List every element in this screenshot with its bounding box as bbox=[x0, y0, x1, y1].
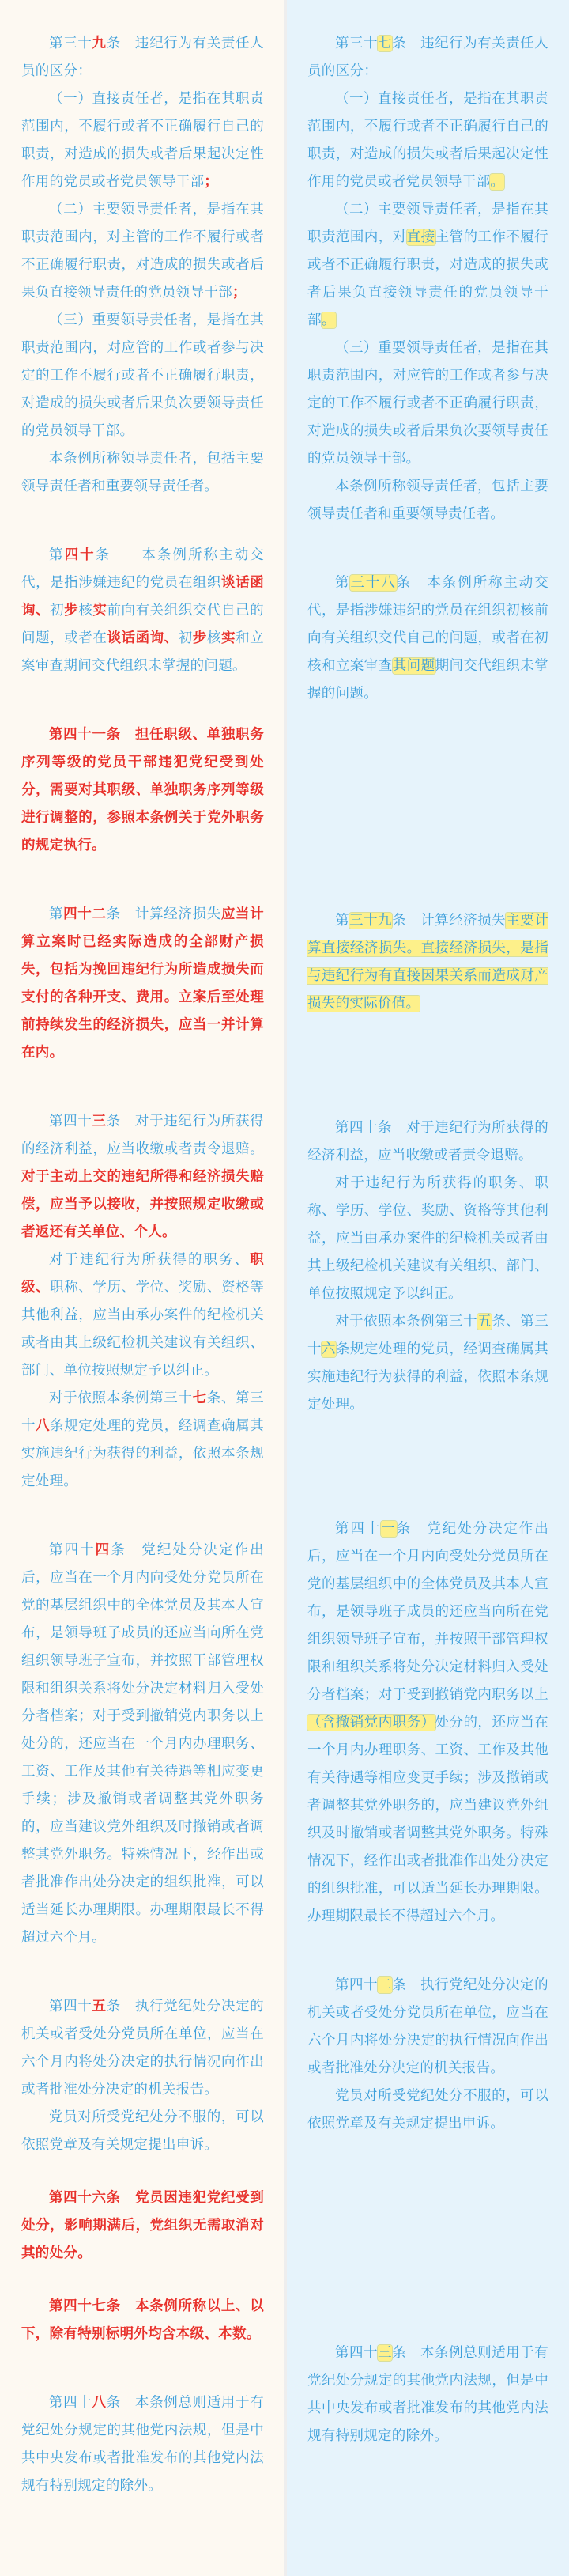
text: 条规定处理的党员，经调查确属其实施违纪行为获得的利益，依照本条规定处理。 bbox=[307, 1341, 548, 1413]
text: 第 bbox=[49, 547, 65, 563]
text: 职称、学历、学位、奖励、资格等其他利益，应当由承办案件的纪检机关或者由其上级纪检… bbox=[21, 1280, 264, 1379]
highlighted-number: 五 bbox=[477, 1314, 492, 1330]
text: 第四十 bbox=[49, 2395, 92, 2411]
article-48-new: 第四十八条 本条例总则适用于有党纪处分规定的其他党内法规，但是中共中央发布或者批… bbox=[21, 2389, 264, 2500]
text: 第四十 bbox=[335, 1521, 381, 1537]
article-42-new: 第四十二条 计算经济损失应当计算立案时已经实际造成的全部财产损失，包括为挽回违纪… bbox=[21, 901, 264, 1067]
article-39-heading: 第三十九条 违纪行为有关责任人员的区分： bbox=[21, 30, 264, 85]
text: 第四十 bbox=[49, 1999, 92, 2014]
article-43-old: 第四十三条 本条例总则适用于有党纪处分规定的其他党内法规，但是中共中央发布或者批… bbox=[307, 2340, 548, 2450]
changed-number: 七 bbox=[193, 1390, 207, 1406]
article-45-new: 第四十五条 执行党纪处分决定的机关或者受处分党员所在单位，应当在六个月内将处分决… bbox=[21, 1993, 264, 2159]
text: 第 bbox=[335, 575, 350, 591]
clause-2: （二）主要领导责任者，是指在其职责范围内，对直接主管的工作不履行或者不正确履行职… bbox=[307, 196, 548, 335]
article-42-text: 第四十二条 计算经济损失应当计算立案时已经实际造成的全部财产损失，包括为挽回违纪… bbox=[21, 901, 264, 1067]
text: （一）直接责任者，是指在其职责范围内，不履行或者不正确履行自己的职责，对造成的损… bbox=[21, 91, 264, 190]
article-42-old: 第四十二条 执行党纪处分决定的机关或者受处分党员所在单位，应当在六个月内将处分决… bbox=[307, 1972, 548, 2138]
clause-2: （二）主要领导责任者，是指在其职责范围内，对主管的工作不履行或者不正确履行职责，… bbox=[21, 196, 264, 307]
text: （二）主要领导责任者，是指在其职责范围内，对主管的工作不履行或者不正确履行职责，… bbox=[21, 202, 264, 301]
highlighted-number: 三 bbox=[378, 2345, 392, 2361]
text: 初 bbox=[179, 630, 193, 646]
clause-note: 本条例所称领导责任者，包括主要领导责任者和重要领导责任者。 bbox=[307, 473, 548, 528]
highlighted-number: 二 bbox=[378, 1977, 392, 1993]
paragraph: 党员对所受党纪处分不服的，可以依照党章及有关规定提出申诉。 bbox=[21, 2104, 264, 2159]
text: 第四十 bbox=[335, 2345, 378, 2361]
text: 第 bbox=[49, 906, 63, 922]
removed-text: 直接 bbox=[407, 229, 435, 245]
paragraph: 第三十九条 计算经济损失主要计算直接经济损失。直接经济损失，是指与违纪行为有直接… bbox=[307, 907, 548, 1018]
added-article: 第四十六条 党员因违犯党纪受到处分，影响期满后，党组织无需取消对其的处分。 bbox=[21, 2184, 264, 2268]
article-37-heading: 第三十七条 违纪行为有关责任人员的区分： bbox=[307, 30, 548, 85]
text: 条规定处理的党员，经调查确属其实施违纪行为获得的利益，依照本条规定处理。 bbox=[21, 1418, 264, 1489]
article-44-new: 第四十四条 党纪处分决定作出后，应当在一个月内向受处分党员所在党的基层组织中的全… bbox=[21, 1537, 264, 1952]
paragraph: 对于违纪行为所获得的职务、职称、学历、学位、奖励、资格等其他利益，应当由承办案件… bbox=[307, 1170, 548, 1308]
changed-number: 八 bbox=[36, 1418, 50, 1434]
added-text: 对于主动上交的违纪所得和经济损失赔偿，应当予以接收，并按照规定收缴或者返还有关单… bbox=[21, 1169, 264, 1240]
new-version-column: 第三十九条 违纪行为有关责任人员的区分： （一）直接责任者，是指在其职责范围内，… bbox=[0, 0, 284, 2576]
article-46-new: 第四十六条 党员因违犯党纪受到处分，影响期满后，党组织无需取消对其的处分。 bbox=[21, 2184, 264, 2268]
clause-1: （一）直接责任者，是指在其职责范围内，不履行或者不正确履行自己的职责，对造成的损… bbox=[307, 85, 548, 196]
paragraph: 第四十四条 党纪处分决定作出后，应当在一个月内向受处分党员所在党的基层组织中的全… bbox=[21, 1537, 264, 1952]
text: 条 计算经济损失 bbox=[107, 906, 221, 922]
article-41-new: 第四十一条 担任职级、单独职务序列等级的党员干部违犯党纪受到处分，需要对其职级、… bbox=[21, 721, 264, 860]
changed-number: 三 bbox=[92, 1114, 106, 1129]
paragraph: 对于违纪行为所获得的职务、职级、职称、学历、学位、奖励、资格等其他利益，应当由承… bbox=[21, 1246, 264, 1385]
paragraph: 第三十八条 本条例所称主动交代，是指涉嫌违纪的党员在组织初核前向有关组织交代自己… bbox=[307, 569, 548, 708]
clause-3: （三）重要领导责任者，是指在其职责范围内，对应管的工作或者参与决定的工作不履行或… bbox=[307, 335, 548, 473]
article-43-new: 第四十三条 对于违纪行为所获得的经济利益，应当收缴或者责令退赔。对于主动上交的违… bbox=[21, 1108, 264, 1496]
changed-number: 八 bbox=[92, 2395, 106, 2411]
paragraph: 第四十三条 本条例总则适用于有党纪处分规定的其他党内法规，但是中共中央发布或者批… bbox=[307, 2340, 548, 2450]
added-text: 谈话函询、 bbox=[107, 630, 178, 646]
article-47-new: 第四十七条 本条例所称以上、以下，除有特别标明外均含本级、本数。 bbox=[21, 2293, 264, 2348]
added-text: 步 bbox=[64, 603, 78, 618]
highlighted-number: 三十八 bbox=[350, 575, 396, 591]
paragraph: 第四十条 对于违纪行为所获得的经济利益，应当收缴或者责令退赔。 bbox=[307, 1114, 548, 1170]
paragraph: 第四十三条 对于违纪行为所获得的经济利益，应当收缴或者责令退赔。对于主动上交的违… bbox=[21, 1108, 264, 1246]
paragraph: 第四十八条 本条例总则适用于有党纪处分规定的其他党内法规，但是中共中央发布或者批… bbox=[21, 2389, 264, 2500]
text: 核 bbox=[78, 603, 92, 618]
article-39-new: 第三十九条 违纪行为有关责任人员的区分： （一）直接责任者，是指在其职责范围内，… bbox=[21, 30, 264, 501]
paragraph: 第四十五条 执行党纪处分决定的机关或者受处分党员所在单位，应当在六个月内将处分决… bbox=[21, 1993, 264, 2104]
paragraph: 第四十一条 党纪处分决定作出后，应当在一个月内向受处分党员所在党的基层组织中的全… bbox=[307, 1515, 548, 1931]
comparison-document: 第三十九条 违纪行为有关责任人员的区分： （一）直接责任者，是指在其职责范围内，… bbox=[0, 0, 569, 2576]
old-version-column: 第三十七条 违纪行为有关责任人员的区分： （一）直接责任者，是指在其职责范围内，… bbox=[284, 0, 569, 2576]
text: 第三十 bbox=[49, 36, 92, 51]
changed-number: 四十 bbox=[65, 547, 96, 563]
clause-1: （一）直接责任者，是指在其职责范围内，不履行或者不正确履行自己的职责，对造成的损… bbox=[21, 85, 264, 196]
text: 条 党纪处分决定作出后，应当在一个月内向受处分党员所在党的基层组织中的全体党员及… bbox=[307, 1521, 548, 1703]
added-text: 步 bbox=[193, 630, 207, 646]
article-38-old: 第三十八条 本条例所称主动交代，是指涉嫌违纪的党员在组织初核前向有关组织交代自己… bbox=[307, 569, 548, 708]
clause-note: 本条例所称领导责任者，包括主要领导责任者和重要领导责任者。 bbox=[21, 445, 264, 501]
highlighted-number: 七 bbox=[378, 36, 392, 51]
text: 对于违纪行为所获得的职务、 bbox=[49, 1252, 250, 1268]
added-article: 第四十七条 本条例所称以上、以下，除有特别标明外均含本级、本数。 bbox=[21, 2293, 264, 2348]
text: 第四十 bbox=[335, 1977, 378, 1993]
paragraph: 党员对所受党纪处分不服的，可以依照党章及有关规定提出申诉。 bbox=[307, 2082, 548, 2138]
text: 条 计算经济损失 bbox=[392, 913, 506, 929]
highlighted-punct: 。 bbox=[490, 174, 504, 190]
removed-text: （含撤销党内职务） bbox=[307, 1715, 435, 1731]
highlighted-number: 一 bbox=[381, 1521, 396, 1537]
added-text: 实 bbox=[221, 630, 236, 646]
added-text: 实 bbox=[92, 603, 107, 618]
highlighted-number: 三十九 bbox=[349, 913, 392, 929]
text: 条 党纪处分决定作出后，应当在一个月内向受处分党员所在党的基层组织中的全体党员及… bbox=[21, 1542, 264, 1946]
changed-number: 九 bbox=[92, 36, 106, 51]
article-40-new: 第四十条 本条例所称主动交代，是指涉嫌违纪的党员在组织谈话函询、初步核实前向有关… bbox=[21, 542, 264, 680]
highlighted-punct: 。 bbox=[322, 312, 336, 328]
text: 初 bbox=[50, 603, 64, 618]
clause-3: （三）重要领导责任者，是指在其职责范围内，对应管的工作或者参与决定的工作不履行或… bbox=[21, 307, 264, 445]
text: 第 bbox=[335, 913, 349, 929]
article-40-text: 第四十条 本条例所称主动交代，是指涉嫌违纪的党员在组织谈话函询、初步核实前向有关… bbox=[21, 542, 264, 680]
text: （一）直接责任者，是指在其职责范围内，不履行或者不正确履行自己的职责，对造成的损… bbox=[307, 91, 548, 190]
removed-text: 其问题 bbox=[393, 658, 435, 674]
changed-number: 四 bbox=[96, 1542, 111, 1558]
added-text: 应当计算立案时已经实际造成的全部财产损失，包括为挽回违纪行为所造成损失而支付的各… bbox=[21, 906, 264, 1061]
highlighted-number: 六 bbox=[322, 1341, 336, 1357]
changed-punct: ； bbox=[232, 285, 247, 301]
paragraph: 对于依照本条例第三十七条、第三十八条规定处理的党员，经调查确属其实施违纪行为获得… bbox=[21, 1385, 264, 1496]
text: 对于依照本条例第三十 bbox=[335, 1314, 477, 1330]
added-article: 第四十一条 担任职级、单独职务序列等级的党员干部违犯党纪受到处分，需要对其职级、… bbox=[21, 721, 264, 860]
text: 第四十 bbox=[49, 1114, 92, 1129]
text: 核 bbox=[207, 630, 221, 646]
article-41-old: 第四十一条 党纪处分决定作出后，应当在一个月内向受处分党员所在党的基层组织中的全… bbox=[307, 1515, 548, 1931]
changed-punct: ； bbox=[204, 174, 218, 190]
changed-number: 五 bbox=[92, 1999, 106, 2014]
article-40-old: 第四十条 对于违纪行为所获得的经济利益，应当收缴或者责令退赔。 对于违纪行为所获… bbox=[307, 1114, 548, 1419]
paragraph: 对于依照本条例第三十五条、第三十六条规定处理的党员，经调查确属其实施违纪行为获得… bbox=[307, 1308, 548, 1419]
paragraph: 第四十二条 执行党纪处分决定的机关或者受处分党员所在单位，应当在六个月内将处分决… bbox=[307, 1972, 548, 2082]
text: 第三十 bbox=[335, 36, 378, 51]
article-37-old: 第三十七条 违纪行为有关责任人员的区分： （一）直接责任者，是指在其职责范围内，… bbox=[307, 30, 548, 528]
article-39-old: 第三十九条 计算经济损失主要计算直接经济损失。直接经济损失，是指与违纪行为有直接… bbox=[307, 907, 548, 1018]
text: 对于依照本条例第三十 bbox=[49, 1390, 193, 1406]
text: 第四十 bbox=[49, 1542, 96, 1558]
changed-number: 四十二 bbox=[63, 906, 106, 922]
text: 处分的，还应当在一个月内办理职务、工资、工作及其他有关待遇等相应变更手续；涉及撤… bbox=[307, 1715, 548, 1924]
